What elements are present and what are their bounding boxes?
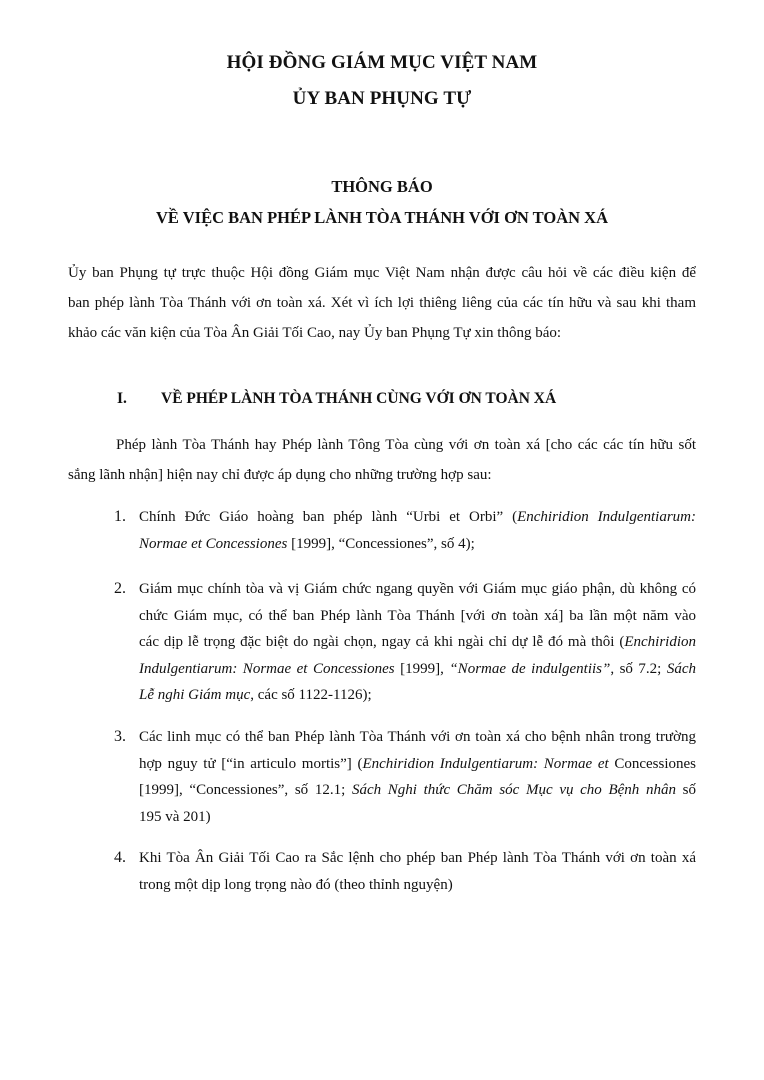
list-item-text: Các linh mục có thể ban Phép lành Tòa Th…: [139, 724, 696, 830]
organization-name: HỘI ĐỒNG GIÁM MỤC VIỆT NAM: [0, 52, 764, 74]
section-paragraph-line: sắng lãnh nhận] hiện nay chỉ được áp dụn…: [68, 460, 696, 490]
document-page: HỘI ĐỒNG GIÁM MỤC VIỆT NAM ỦY BAN PHỤNG …: [0, 0, 764, 1080]
list-item-text: Khi Tòa Ân Giải Tối Cao ra Sắc lệnh cho …: [139, 845, 696, 898]
list-item-text: Chính Đức Giáo hoàng ban phép lành “Urbi…: [139, 504, 696, 557]
intro-paragraph: Ủy ban Phụng tự trực thuộc Hội đồng Giám…: [68, 258, 696, 348]
list-item-line: Lễ nghi Giám mục, các số 1122-1126);: [139, 682, 696, 709]
list-item-line: trong một dịp long trọng nào đó (theo th…: [139, 872, 696, 899]
intro-line: khảo các văn kiện của Tòa Ân Giải Tối Ca…: [68, 318, 696, 348]
section-paragraph: Phép lành Tòa Thánh hay Phép lành Tông T…: [68, 430, 696, 490]
list-item-line: Giám mục chính tòa và vị Giám chức ngang…: [139, 576, 696, 603]
list-item-line: Indulgentiarum: Normae et Concessiones […: [139, 656, 696, 683]
list-item-number: 4.: [114, 845, 136, 872]
list-item-line: hợp nguy tử [“in articulo mortis”] (Ench…: [139, 751, 696, 778]
document-subtitle: VỀ VIỆC BAN PHÉP LÀNH TÒA THÁNH VỚI ƠN T…: [0, 208, 764, 228]
list-item-line: Chính Đức Giáo hoàng ban phép lành “Urbi…: [139, 504, 696, 531]
list-item-number: 2.: [114, 576, 136, 603]
list-item-text: Giám mục chính tòa và vị Giám chức ngang…: [139, 576, 696, 709]
section-title: VỀ PHÉP LÀNH TÒA THÁNH CÙNG VỚI ƠN TOÀN …: [161, 390, 556, 407]
list-item-number: 3.: [114, 724, 136, 751]
intro-line: ban phép lành Tòa Thánh với ơn toàn xá. …: [68, 288, 696, 318]
section-number: I.: [117, 390, 161, 408]
document-title: THÔNG BÁO: [0, 177, 764, 197]
committee-name: ỦY BAN PHỤNG TỰ: [0, 88, 764, 110]
section-paragraph-line: Phép lành Tòa Thánh hay Phép lành Tông T…: [68, 430, 696, 460]
list-item-line: Khi Tòa Ân Giải Tối Cao ra Sắc lệnh cho …: [139, 845, 696, 872]
list-item-line: [1999], “Concessiones”, số 12.1; Sách Ng…: [139, 777, 696, 804]
intro-line: Ủy ban Phụng tự trực thuộc Hội đồng Giám…: [68, 258, 696, 288]
list-item-line: Normae et Concessiones [1999], “Concessi…: [139, 531, 696, 558]
list-item-line: Các linh mục có thể ban Phép lành Tòa Th…: [139, 724, 696, 751]
list-item-line: 195 và 201): [139, 804, 696, 831]
list-item-line: các dịp lễ trọng đặc biệt do ngài chọn, …: [139, 629, 696, 656]
list-item-number: 1.: [114, 504, 136, 531]
section-heading: I.VỀ PHÉP LÀNH TÒA THÁNH CÙNG VỚI ƠN TOÀ…: [117, 390, 556, 408]
list-item-line: chức Giám mục, có thể ban Phép lành Tòa …: [139, 603, 696, 630]
